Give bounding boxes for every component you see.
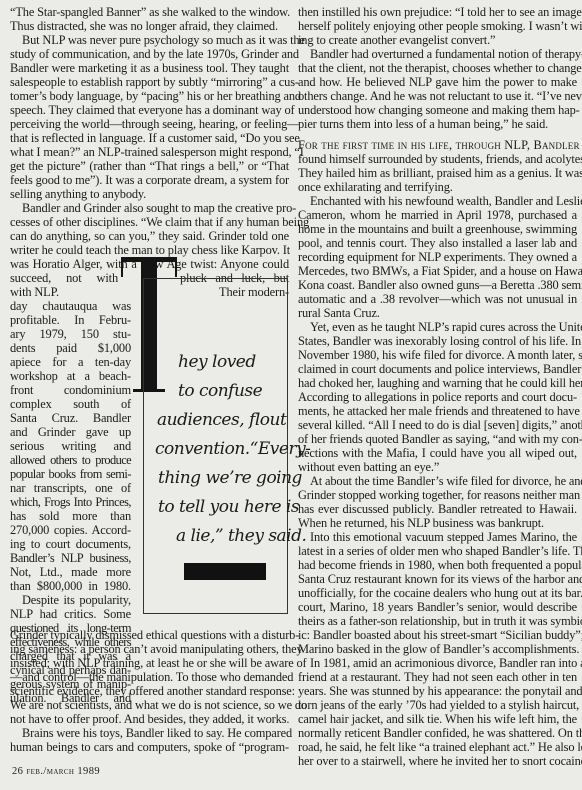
text-line: than $800,000 in 1980. bbox=[10, 580, 131, 594]
text-line: nar transcripts, one of bbox=[10, 482, 131, 496]
text-line: popular books from semi- bbox=[10, 468, 131, 482]
text-line: Despite its popularity, bbox=[10, 594, 131, 608]
text-line: allowed others to produce bbox=[10, 454, 131, 468]
text-line: Cameron, whom he married in April 1978, … bbox=[298, 209, 577, 223]
text-line: writer he could teach the man to play ch… bbox=[10, 244, 289, 258]
text-line: But NLP was never pure psychology so muc… bbox=[10, 34, 289, 48]
text-line: road, he said, he felt like “a trained e… bbox=[298, 741, 577, 755]
text-line: tomer’s body language, by “pacing” his o… bbox=[10, 90, 289, 104]
text-line: salespeople to establish rapport by subt… bbox=[10, 76, 289, 90]
text-line: 270,000 copies. Accord- bbox=[10, 524, 131, 538]
pull-quote-line: hey loved bbox=[178, 348, 256, 377]
pull-quote-line: to confuse bbox=[178, 377, 262, 406]
text-line: States, Bandler was inexorably losing co… bbox=[298, 335, 577, 349]
text-line: unofficially, for the cocaine dealers wh… bbox=[298, 587, 577, 601]
text-line: We are not scientists, and what we do is… bbox=[10, 699, 289, 713]
text-line: has sold more than bbox=[10, 510, 131, 524]
text-line: herself politely enjoying other people s… bbox=[298, 20, 577, 34]
text-line: ing to create another evangelist convert… bbox=[298, 34, 577, 48]
text-line: not have to offer proof. And besides, th… bbox=[10, 713, 289, 727]
text-line: scientific evidence, they offered anothe… bbox=[10, 685, 289, 699]
text-line: without even batting an eye.” bbox=[298, 461, 577, 475]
text-line: speech. They claimed that everyone has a… bbox=[10, 104, 289, 118]
text-line: had become friends in 1980, when both fr… bbox=[298, 559, 577, 573]
section-lead: For the first time in his life, through … bbox=[298, 139, 577, 153]
text-line: When he returned, his NLP business was b… bbox=[298, 517, 577, 531]
text-line: Yet, even as he taught NLP’s rapid cures… bbox=[298, 321, 577, 335]
text-line: her over to a stairwell, where he invite… bbox=[298, 755, 577, 769]
text-line: Bandler’s NLP business, bbox=[10, 552, 131, 566]
text-line: Mercedes, two BMWs, a Fiat Spider, and a… bbox=[298, 265, 577, 279]
text-line: day chautauqua was bbox=[10, 300, 131, 314]
text-line: front condominium bbox=[10, 384, 131, 398]
text-line: that is reflected in language. If a cust… bbox=[10, 132, 289, 146]
page-folio: 26 feb./march 1989 bbox=[12, 766, 100, 777]
text-line: At about the time Bandler’s wife filed f… bbox=[298, 475, 577, 489]
text-line: ing sameness: a person can’t avoid manip… bbox=[10, 643, 289, 657]
pull-quote-line: a lie,” they said. bbox=[176, 522, 306, 551]
text-line: Grinder stopped working together, for re… bbox=[298, 489, 577, 503]
text-line: Into this emotional vacuum stepped James… bbox=[298, 531, 577, 545]
text-line: has ever discussed publicly. Bandler ret… bbox=[298, 503, 577, 517]
text-line: perceiving the world—through seeing, hea… bbox=[10, 118, 289, 132]
text-line: Marino basked in the glow of Bandler’s a… bbox=[298, 643, 577, 657]
text-line: understood how changing someone and maki… bbox=[298, 104, 577, 118]
pull-quote-rule bbox=[184, 563, 266, 580]
text-line: found himself surrounded by students, fr… bbox=[298, 153, 577, 167]
text-line: what I mean?” an NLP-trained salesperson… bbox=[10, 146, 289, 160]
text-line: Grinder typically dismissed ethical ques… bbox=[10, 629, 289, 643]
text-line: dents paid $1,000 bbox=[10, 342, 131, 356]
text-line: Thus distracted, she was no longer afrai… bbox=[10, 20, 289, 34]
text-line: which, Frogs Into Princes, bbox=[10, 496, 131, 510]
text-line: ic: Bandler boasted about his street-sma… bbox=[298, 629, 577, 643]
text-line: get the picture” (rather than “That ring… bbox=[10, 160, 289, 174]
text-line: feels good to me”). It was a corporate d… bbox=[10, 174, 289, 188]
text-line: of her friends quoted Bandler as saying,… bbox=[298, 433, 577, 447]
text-line: theirs as a father-son relationship, but… bbox=[298, 615, 577, 629]
text-line: In 1981, amid an acrimonious divorce, Ba… bbox=[298, 657, 577, 671]
text-line: and how. He believed NLP gave him the po… bbox=[298, 76, 577, 90]
text-line: Not, Ltd., made more bbox=[10, 566, 131, 580]
text-line: several killed. “All I need to do is dia… bbox=[298, 419, 577, 433]
pull-quote-line: to tell you here is bbox=[158, 493, 299, 522]
text-line: camel hair jacket, and silk tie. When hi… bbox=[298, 713, 577, 727]
text-line: then instilled his own prejudice: “I tol… bbox=[298, 6, 577, 20]
text-line: human beings to cars and computers, spok… bbox=[10, 741, 289, 755]
text-line: apiece for a ten-day bbox=[10, 356, 131, 370]
text-line: profitable. In Febru- bbox=[10, 314, 131, 328]
pull-quote-line: audiences, flout bbox=[157, 406, 286, 435]
text-line: Enchanted with his newfound wealth, Band… bbox=[298, 195, 577, 209]
text-line: Santa Cruz. Bandler bbox=[10, 412, 131, 426]
text-line: NLP had critics. Some bbox=[10, 608, 131, 622]
text-line: nections with the Mafia, I could have yo… bbox=[298, 447, 577, 461]
text-line: rural Santa Cruz. bbox=[298, 307, 577, 321]
text-line: Bandler and Grinder also sought to map t… bbox=[10, 202, 289, 216]
text-line: pool, and tennis court. They also instal… bbox=[298, 237, 577, 251]
pull-quote-line: thing we’re going bbox=[158, 464, 302, 493]
text-line: torn jeans of the early ’70s had yielded… bbox=[298, 699, 577, 713]
text-line: normally reticent Bandler confided, he w… bbox=[298, 727, 577, 741]
text-line: home in the mountains and built a greenh… bbox=[298, 223, 577, 237]
text-line: insisted; with NLP training, at least he… bbox=[10, 657, 289, 671]
text-line: succeed, not with bbox=[10, 272, 118, 286]
text-line: Bandler were marketing it as a business … bbox=[10, 62, 289, 76]
text-line: latest in a series of older men who shap… bbox=[298, 545, 577, 559]
text-line: and Grinder gave up bbox=[10, 426, 131, 440]
text-line: Kona coast. Bandler also owned guns—a Be… bbox=[298, 279, 577, 293]
text-line: According to allegations in police repor… bbox=[298, 391, 577, 405]
text-line: study of communication, and by the late … bbox=[10, 48, 289, 62]
text-line: Santa Cruz restaurant known for its view… bbox=[298, 573, 577, 587]
text-line: workshop at a beach- bbox=[10, 370, 131, 384]
text-line: recording equipment for NLP experiments.… bbox=[298, 251, 577, 265]
text-line: Brains were his toys, Bandler liked to s… bbox=[10, 727, 289, 741]
text-line: others change. And he was not reluctant … bbox=[298, 90, 577, 104]
text-line: “The Star-spangled Banner” as she walked… bbox=[10, 6, 289, 20]
text-line: complex south of bbox=[10, 398, 131, 412]
text-line: claimed in court documents and police in… bbox=[298, 363, 577, 377]
text-line: ments, he attacked her male friends and … bbox=[298, 405, 577, 419]
text-line: once exhilarating and terrifying. bbox=[298, 181, 577, 195]
text-line: friend at a restaurant. They had not see… bbox=[298, 671, 577, 685]
text-line: They hailed him as brilliant, praised hi… bbox=[298, 167, 577, 181]
pull-quote-line: convention.“Every- bbox=[155, 435, 310, 464]
text-line: ary 1979, 150 stu- bbox=[10, 328, 131, 342]
text-line: —and control—the manipulation. To those … bbox=[10, 671, 289, 685]
text-line: that the client, not the therapist, choo… bbox=[298, 62, 577, 76]
text-line: serious writing and bbox=[10, 440, 131, 454]
text-line: selling anything to anybody. bbox=[10, 188, 289, 202]
text-line: court, Marino, 18 years Bandler’s senior… bbox=[298, 601, 577, 615]
text-line: had choked her, laughing and warning tha… bbox=[298, 377, 577, 391]
text-line: Bandler had overturned a fundamental not… bbox=[298, 48, 577, 62]
text-line: cesses of other disciplines. “We claim t… bbox=[10, 216, 289, 230]
text-line: years. She was stunned by his appearance… bbox=[298, 685, 577, 699]
text-line: November 1980, his wife filed for divorc… bbox=[298, 349, 577, 363]
text-line: automatic and a .38 revolver—which was n… bbox=[298, 293, 577, 307]
text-line: can do anything, so can you,” they said.… bbox=[10, 230, 289, 244]
text-line: pier turns them into less of a human bei… bbox=[298, 118, 577, 132]
text-line: ing to court documents, bbox=[10, 538, 131, 552]
text-line: with NLP. bbox=[10, 286, 118, 300]
